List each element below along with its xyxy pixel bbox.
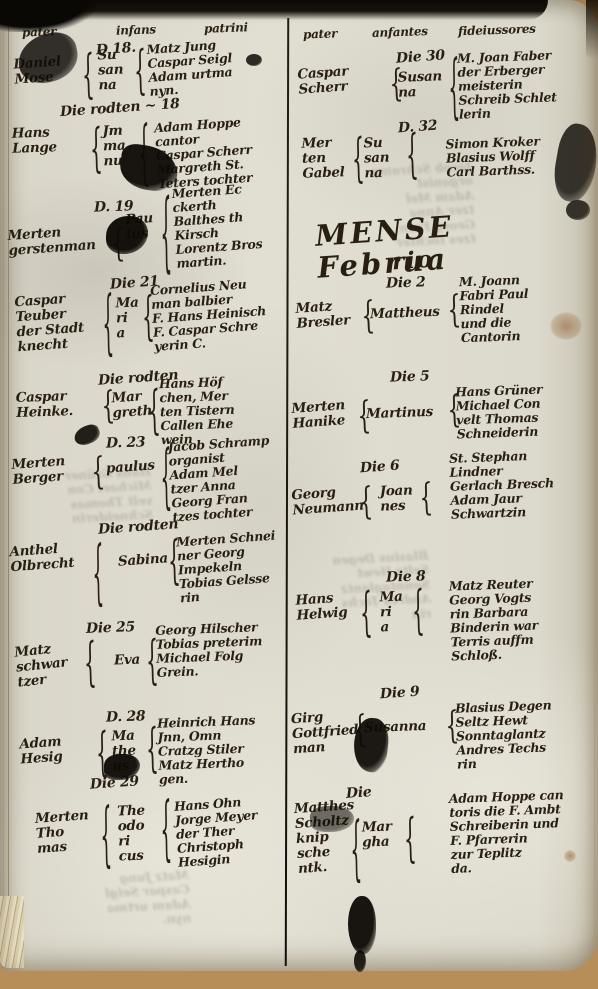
brace-icon: [160, 190, 173, 281]
brace-icon: [138, 118, 151, 191]
column-header-infans: infans: [116, 23, 156, 38]
brace-icon: [141, 291, 155, 346]
father-name: Mer ten Gabel: [301, 135, 344, 182]
brace-icon: [95, 727, 109, 782]
sponsors: Matz Jung Caspar Seigl Adam urtma nyn.: [146, 37, 234, 99]
ink-blot: [14, 28, 83, 87]
column-header-anfantes: anfantes: [372, 25, 428, 40]
margin-rule: [8, 24, 9, 960]
brace-icon: [389, 65, 404, 104]
ink-blot: [72, 422, 103, 448]
brace-icon: [100, 800, 113, 873]
brace-icon: [351, 133, 365, 188]
ink-blot: [246, 54, 262, 66]
child-name: Susan na: [397, 69, 442, 101]
brace-icon: [83, 637, 97, 692]
brace-icon: [447, 391, 462, 430]
brace-icon: [147, 385, 161, 440]
father-name: Girg Gottfried man: [290, 708, 359, 758]
sponsors: Simon Kroker Blasius Wolff Carl Barthss.: [445, 134, 541, 179]
sponsors: St. Stephan Lindner Gerlach Bresch Adam …: [449, 448, 555, 522]
ink-blot: [566, 200, 590, 220]
column-header-patrini: patrini: [204, 21, 248, 36]
sponsors: Adam Hoppe cantor Caspar Scherr Margreth…: [154, 115, 254, 192]
brace-icon: [101, 387, 116, 426]
sponsors: Heinrich Hans Jnn, Omn Cratzg Stiler Mat…: [157, 713, 258, 786]
sponsors: Hans Höf chen, Mer ten Tistern Callen Eh…: [159, 375, 236, 448]
entry-date: Die rodten: [98, 517, 179, 538]
brace-icon: [445, 707, 460, 746]
father-name: Caspar Heinke.: [15, 389, 73, 421]
entry-date: Die 2: [386, 275, 426, 292]
father-name: Caspar Teuber der Stadt knecht: [14, 291, 86, 356]
child-name: Mar greth: [111, 389, 153, 422]
sponsors: Hans Ohn Jorge Meyer der Ther Christoph …: [174, 794, 261, 870]
father-name: Caspar Scherr: [297, 64, 350, 98]
sponsors: Matz Reuter Georg Vogts rin Barbara Bind…: [449, 576, 540, 663]
brace-icon: [91, 453, 106, 492]
father-name: Matthes Scholtz knip sche ntk.: [293, 798, 358, 878]
brace-icon: [167, 535, 181, 590]
entry-date: D. 32: [398, 119, 438, 137]
child-name: Ma ri a: [115, 296, 140, 342]
brace-icon: [160, 442, 173, 515]
child-name: Susanna: [364, 719, 427, 736]
sponsors: Blasius Degen Seltz Hewt Sonntaglantz An…: [455, 698, 554, 771]
father-name: Georg Neumann: [291, 484, 364, 519]
entry-date: Die rodten: [98, 368, 179, 389]
bleedthrough-text: Blasius Degen Seltz Hewt Sonntaglantz An…: [298, 549, 432, 628]
brace-icon: [361, 297, 376, 336]
entry-date: Die 30: [396, 48, 446, 67]
brace-icon: [419, 479, 434, 518]
child-name: Ma ri a: [379, 590, 404, 636]
brace-icon: [160, 794, 173, 867]
ink-blot: [104, 754, 140, 780]
entry-date: Die 29: [90, 774, 140, 793]
entry-date: Die 9: [380, 685, 420, 703]
sponsors: Georg Hilscher Tobias preterim Michael F…: [155, 620, 263, 680]
entry-date: Die 8: [386, 569, 426, 586]
brace-icon: [111, 225, 126, 264]
brace-icon: [145, 723, 159, 778]
entry-date: Die rodten ~ 18: [60, 97, 181, 121]
brace-icon: [411, 585, 425, 640]
father-name: Adam Hesig: [19, 735, 63, 768]
father-name: Merten Tho mas: [34, 808, 91, 857]
child-name: Joan nes: [379, 483, 413, 514]
child-name: Martinus: [366, 405, 433, 422]
column-header-fideiussores: fideiussores: [458, 23, 536, 39]
margin-rule: [3, 30, 4, 950]
child-name: Jm ma nu: [102, 124, 126, 170]
father-name: Merten Berger: [11, 454, 66, 488]
child-name: Ma the us: [111, 729, 136, 775]
manuscript-page: Hans Grüner Michael Con velt Thomas Schn…: [0, 0, 598, 971]
bleedthrough-text: Hans Grüner Michael Con velt Thomas Schn…: [21, 465, 154, 529]
father-name: Daniel Mose: [13, 54, 62, 87]
page-edge: [594, 60, 595, 940]
entry-date: Die 5: [390, 369, 430, 386]
sponsors: M. Joan Faber der Erberger meisterin Sch…: [457, 48, 557, 121]
brace-icon: [403, 813, 417, 868]
sponsors: Hans Grüner Michael Con velt Thomas Schn…: [455, 382, 544, 441]
child-name: Pau lus: [125, 211, 154, 243]
entry-date: Die 25: [86, 620, 135, 637]
child-name: Eva: [114, 653, 140, 669]
ink-blot: [550, 121, 598, 205]
paper-stain: [564, 850, 576, 862]
brace-icon: [359, 483, 374, 522]
ink-blot: [106, 216, 148, 254]
adjacent-page-shadow: [586, 0, 598, 60]
sponsors: M. Joann Fabri Paul Rindel und die Canto…: [459, 273, 530, 345]
sponsors: Merten Ec ckerth Balthes th Kirsch Loren…: [171, 181, 264, 271]
ink-blot: [117, 142, 181, 194]
sponsors: Cornelius Neu man balbier F. Hans Heinis…: [150, 276, 269, 354]
ink-blot: [354, 950, 366, 972]
sponsors: Merten Schnei ner Georg Impekeln Tobias …: [176, 529, 280, 606]
father-name: Matz Bresler: [295, 298, 350, 332]
father-name: Merten gerstenman: [7, 223, 96, 259]
brace-icon: [89, 123, 103, 178]
page-stack-edge: [0, 896, 24, 968]
child-name: The odo ri cus: [117, 804, 147, 865]
ink-blot: [348, 896, 376, 954]
father-name: Hans Lange: [11, 125, 57, 157]
entry-date: Die 6: [360, 459, 400, 477]
bleedthrough-text: Matz Jung Caspar Seigl Adam urtma nyn.: [39, 868, 192, 933]
ink-blot: [351, 716, 390, 773]
brace-icon: [102, 288, 115, 361]
sponsors: Jacob Schramp organist Adam Mel tzer Ann…: [167, 434, 274, 525]
brace-icon: [350, 814, 363, 887]
brace-icon: [359, 587, 373, 642]
entry-date: D. 19: [94, 199, 134, 216]
month-heading: MENSE Februa: [314, 200, 598, 284]
brace-icon: [92, 538, 105, 611]
sponsors: Adam Hoppe can toris die F. Ambt Schreib…: [449, 788, 567, 876]
entry-date: D 18.: [96, 41, 137, 59]
entry-date: D. 23: [106, 435, 146, 452]
child-name: Su san na: [363, 136, 390, 182]
child-name: Sabina: [118, 551, 169, 570]
entry-date: Die 21: [110, 274, 160, 293]
brace-icon: [448, 52, 461, 125]
binding-shadow-corner: [0, 0, 96, 32]
brace-icon: [81, 49, 95, 104]
entry-date: Die: [345, 785, 371, 802]
child-name: Mattheus: [370, 305, 440, 323]
father-name: Merten Hanike: [291, 398, 346, 432]
child-name: paulus: [106, 458, 156, 476]
column-divider-rule: [285, 18, 289, 966]
bleedthrough-text: Jacob Schramp organist Adam Mel tzer Ann…: [302, 160, 476, 255]
father-name: Hans Helwig: [295, 590, 348, 624]
brace-icon: [145, 635, 159, 690]
brace-icon: [447, 291, 462, 330]
paper-stain: [550, 312, 582, 340]
father-name: Anthel Olbrecht: [9, 541, 75, 576]
brace-icon: [405, 129, 419, 184]
child-name: Su san na: [97, 48, 124, 94]
brace-icon: [133, 45, 147, 100]
column-header-pater: pater: [303, 27, 338, 42]
ink-blot: [310, 806, 354, 832]
brace-icon: [357, 397, 372, 436]
father-name: Matz schwar tzer: [14, 640, 70, 690]
entry-date: D. 28: [106, 709, 146, 726]
month-heading-continuation: rio: [391, 247, 435, 276]
child-name: Mar gha: [361, 819, 392, 850]
brace-icon: [353, 711, 368, 750]
